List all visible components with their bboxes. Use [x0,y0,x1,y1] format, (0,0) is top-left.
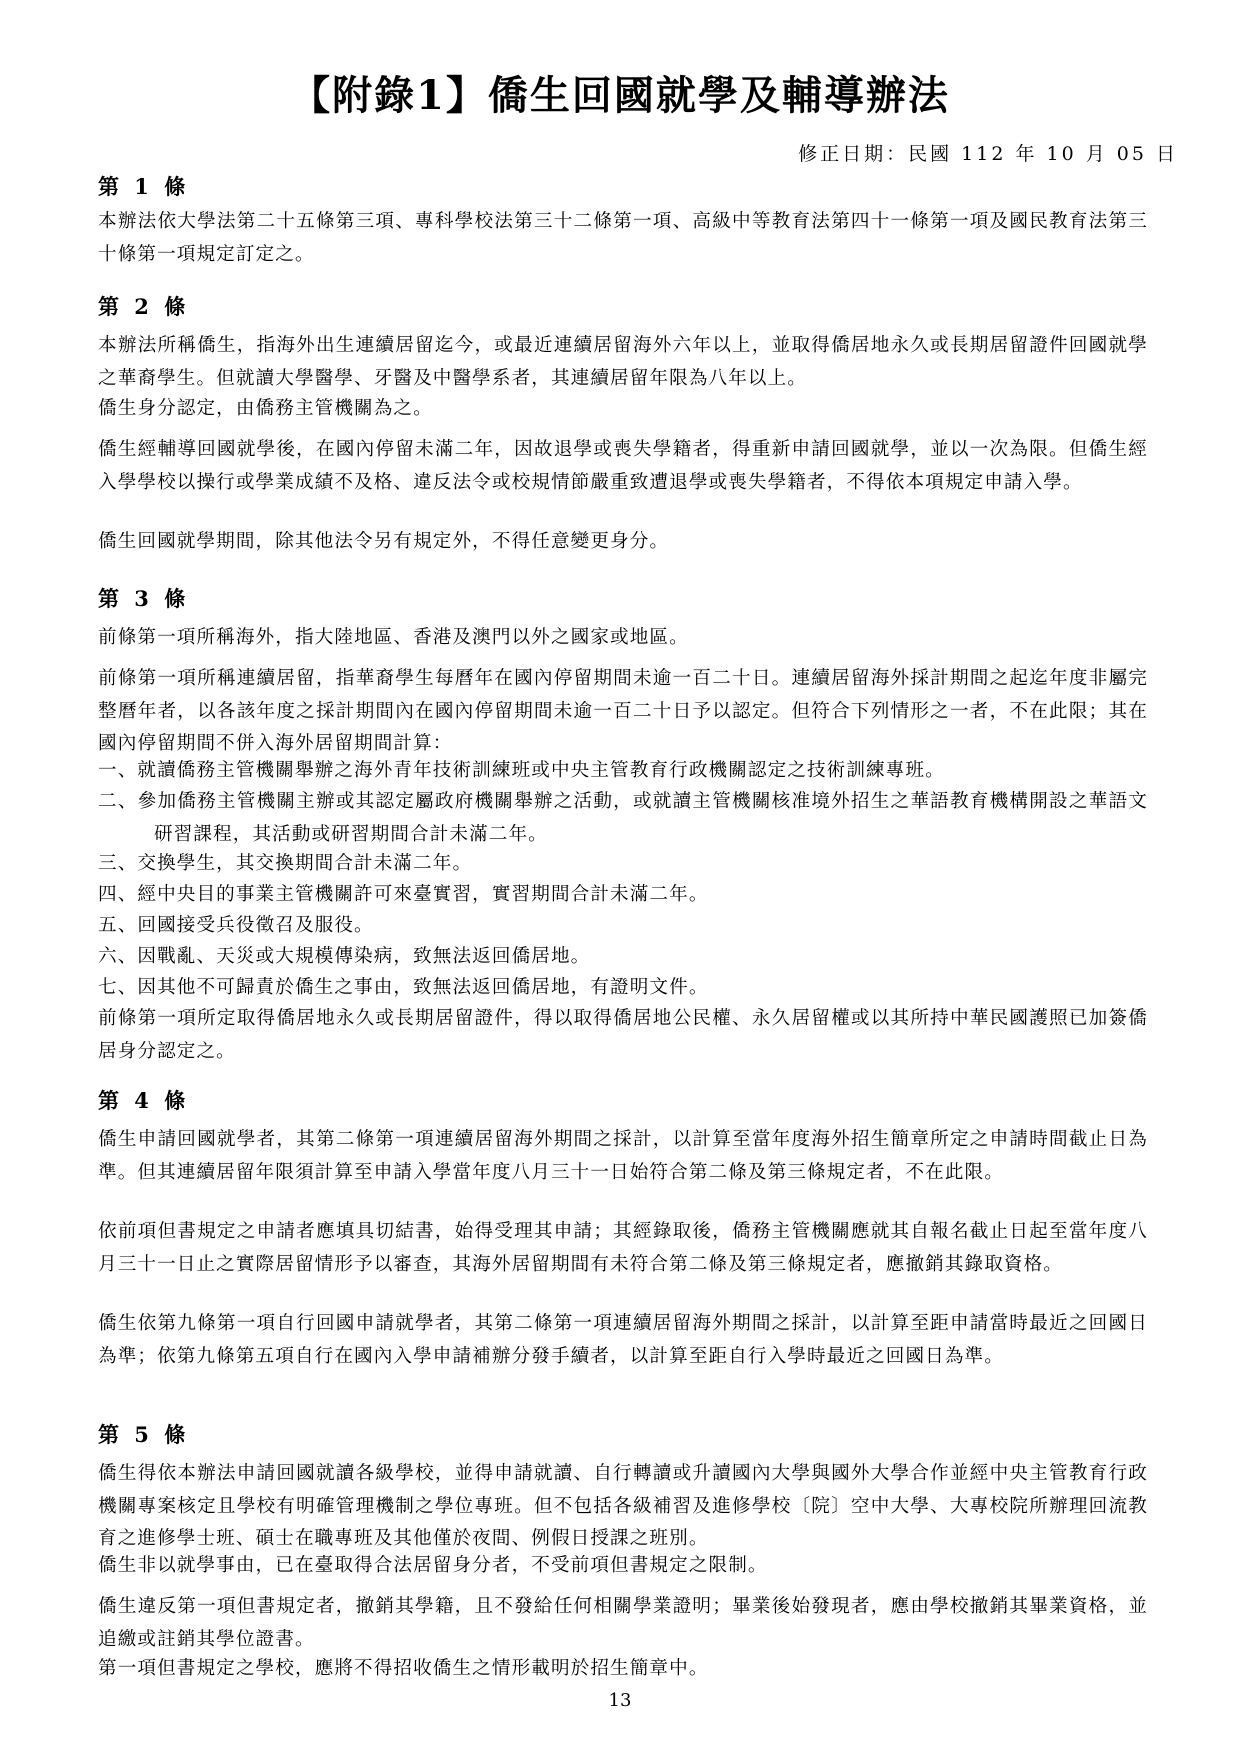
article-3-paragraph-3: 前條第一項所定取得僑居地永久或長期居留證件，得以取得僑居地公民權、永久居留權或以… [98,1003,1148,1068]
article-5-paragraph-1: 僑生得依本辦法申請回國就讀各級學校，並得申請就讀、自行轉讀或升讀國內大學與國外大… [98,1458,1148,1556]
article-2-paragraph-2: 僑生身分認定，由僑務主管機關為之。 [98,393,1148,426]
article-3-item-1: 一、就讀僑務主管機關舉辦之海外青年技術訓練班或中央主管教育行政機關認定之技術訓練… [98,755,1148,788]
document-title: 【附錄1】僑生回國就學及輔導辦法 [0,68,1240,124]
article-1-heading: 第 1 條 [98,172,189,202]
article-3-item-7: 七、因其他不可歸責於僑生之事由，致無法返回僑居地，有證明文件。 [98,972,1148,1005]
article-2-paragraph-3: 僑生經輔導回國就學後，在國內停留未滿二年，因故退學或喪失學籍者，得重新申請回國就… [98,434,1148,499]
article-2-paragraph-4: 僑生回國就學期間，除其他法令另有規定外，不得任意變更身分。 [98,526,1148,559]
article-3-item-5: 五、回國接受兵役徵召及服役。 [98,910,1148,943]
document-page: 【附錄1】僑生回國就學及輔導辦法 修正日期：民國 112 年 10 月 05 日… [0,0,1240,1753]
article-3-item-2: 二、參加僑務主管機關主辦或其認定屬政府機關舉辦之活動，或就讀主管機關核准境外招生… [98,786,1148,851]
article-4-paragraph-1: 僑生申請回國就學者，其第二條第一項連續居留海外期間之採計，以計算至當年度海外招生… [98,1124,1148,1189]
article-4-paragraph-2: 依前項但書規定之申請者應填具切結書，始得受理其申請；其經錄取後，僑務主管機關應就… [98,1216,1148,1281]
article-3-heading: 第 3 條 [98,584,189,614]
article-5-paragraph-4: 第一項但書規定之學校，應將不得招收僑生之情形載明於招生簡章中。 [98,1653,1148,1686]
article-5-paragraph-3: 僑生違反第一項但書規定者，撤銷其學籍，且不發給任何相關學業證明；畢業後始發現者，… [98,1591,1148,1656]
page-number: 13 [0,1688,1240,1714]
article-3-item-3: 三、交換學生，其交換期間合計未滿二年。 [98,848,1148,881]
article-3-paragraph-1: 前條第一項所稱海外，指大陸地區、香港及澳門以外之國家或地區。 [98,622,1148,655]
article-4-heading: 第 4 條 [98,1086,189,1116]
article-5-heading: 第 5 條 [98,1420,189,1450]
revision-date: 修正日期：民國 112 年 10 月 05 日 [798,140,1178,168]
article-1-paragraph-1: 本辦法依大學法第二十五條第三項、專科學校法第三十二條第一項、高級中等教育法第四十… [98,206,1148,271]
article-2-heading: 第 2 條 [98,292,189,322]
article-2-paragraph-1: 本辦法所稱僑生，指海外出生連續居留迄今，或最近連續居留海外六年以上，並取得僑居地… [98,330,1148,395]
article-5-paragraph-2: 僑生非以就學事由，已在臺取得合法居留身分者，不受前項但書規定之限制。 [98,1550,1148,1583]
article-3-item-4: 四、經中央目的事業主管機關許可來臺實習，實習期間合計未滿二年。 [98,879,1148,912]
article-4-paragraph-3: 僑生依第九條第一項自行回國申請就學者，其第二條第一項連續居留海外期間之採計，以計… [98,1308,1148,1373]
article-3-paragraph-2: 前條第一項所稱連續居留，指華裔學生每曆年在國內停留期間未逾一百二十日。連續居留海… [98,663,1148,761]
article-3-item-6: 六、因戰亂、天災或大規模傳染病，致無法返回僑居地。 [98,941,1148,974]
